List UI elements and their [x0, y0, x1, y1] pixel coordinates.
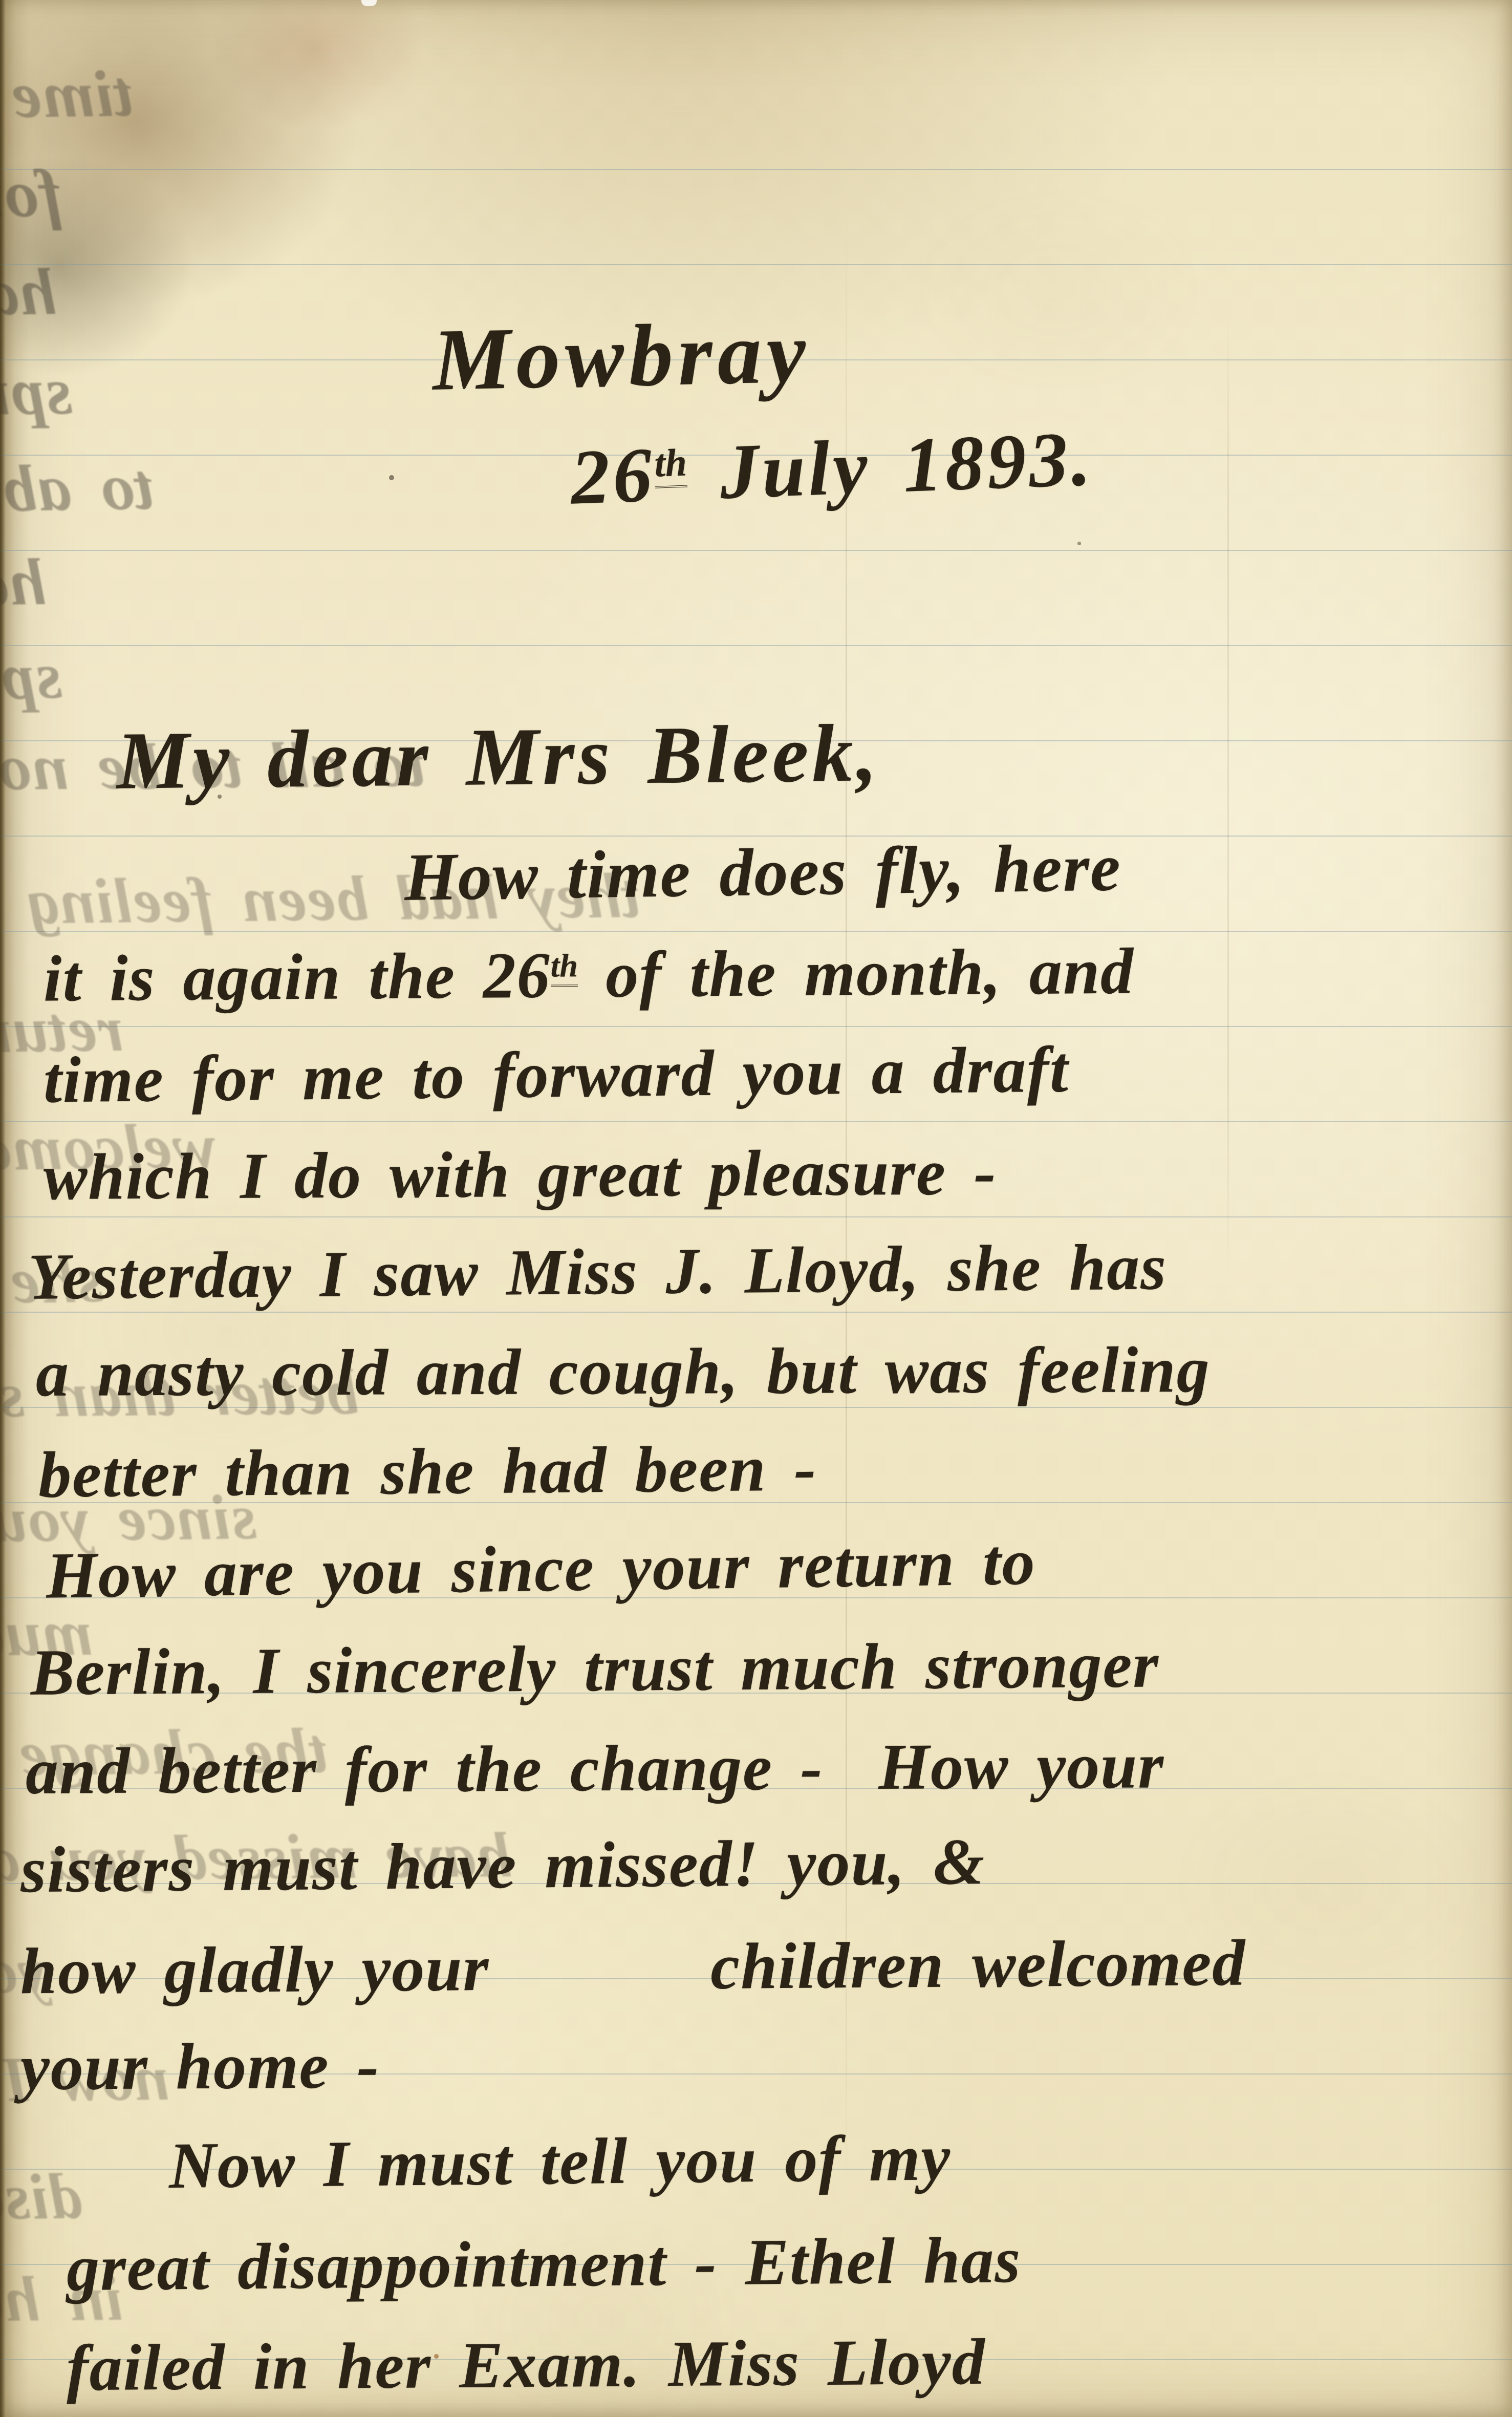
letter-date: 26th July 1893. [570, 419, 1095, 516]
letter-line: Yesterday I saw Miss J. Lloyd, she has [28, 1234, 1167, 1309]
bleed-through-line: spread him a home -- Ethel [0, 643, 62, 719]
date-ordinal: th [654, 441, 688, 488]
letter-line: great disappointment - Ethel has [66, 2227, 1021, 2301]
letter-line: How time does fly, here [404, 833, 1121, 911]
letter-line: how gladly your children welcomed [20, 1930, 1246, 2004]
bleed-through-line: had to have the Cottage, to his lecture [0, 259, 57, 343]
letter-line: which I do with great pleasure - [44, 1139, 997, 1210]
letter-salutation: My dear Mrs Bleek, [116, 712, 881, 802]
paper-crease-vertical-right [1227, 307, 1229, 1280]
letter-line: sisters must have missed! you, & [20, 1829, 985, 1902]
bleed-through-line: time for me to forward you a draft [0, 60, 134, 142]
paper-top-notch [361, 0, 377, 6]
letter-place: Mowbray [431, 308, 811, 404]
bleed-through-line: to able to be now at Grey little [0, 454, 154, 533]
letter-page: time for me to forward you a draftfor Br… [0, 0, 1512, 2417]
date-day: 26 [569, 432, 656, 521]
bleed-through-line: for Brasher has been forwarded, and [0, 160, 62, 239]
ink-speck [389, 475, 394, 480]
date-month-year: July 1893. [686, 415, 1095, 516]
letter-line: it is again the 26th of the month, and [44, 938, 1135, 1012]
bleed-through-line: disappointment Ethel has failed [0, 2165, 82, 2240]
letter-line: better than she had been - [38, 1435, 817, 1507]
letter-line: and better for the change - How your [26, 1732, 1165, 1804]
paper-left-edge [0, 0, 5, 2417]
letter-line: Now I must tell you of my [168, 2125, 952, 2198]
bleed-through-line: had to have the Change, to his teacher [0, 549, 47, 628]
bleed-through-line: spread him a home -- Ethel but [0, 357, 72, 433]
letter-line: failed in her Exam. Miss Lloyd [67, 2329, 986, 2401]
letter-line: Berlin, I sincerely trust much stronger [31, 1632, 1160, 1705]
letter-line: How are you since your return to [46, 1529, 1036, 1609]
letter-line: your home - [20, 2033, 380, 2100]
letter-line: a nasty cold and cough, but was feeling [36, 1337, 1211, 1406]
letter-line: time for me to forward you a draft [43, 1037, 1069, 1113]
ink-speck [1077, 542, 1081, 545]
